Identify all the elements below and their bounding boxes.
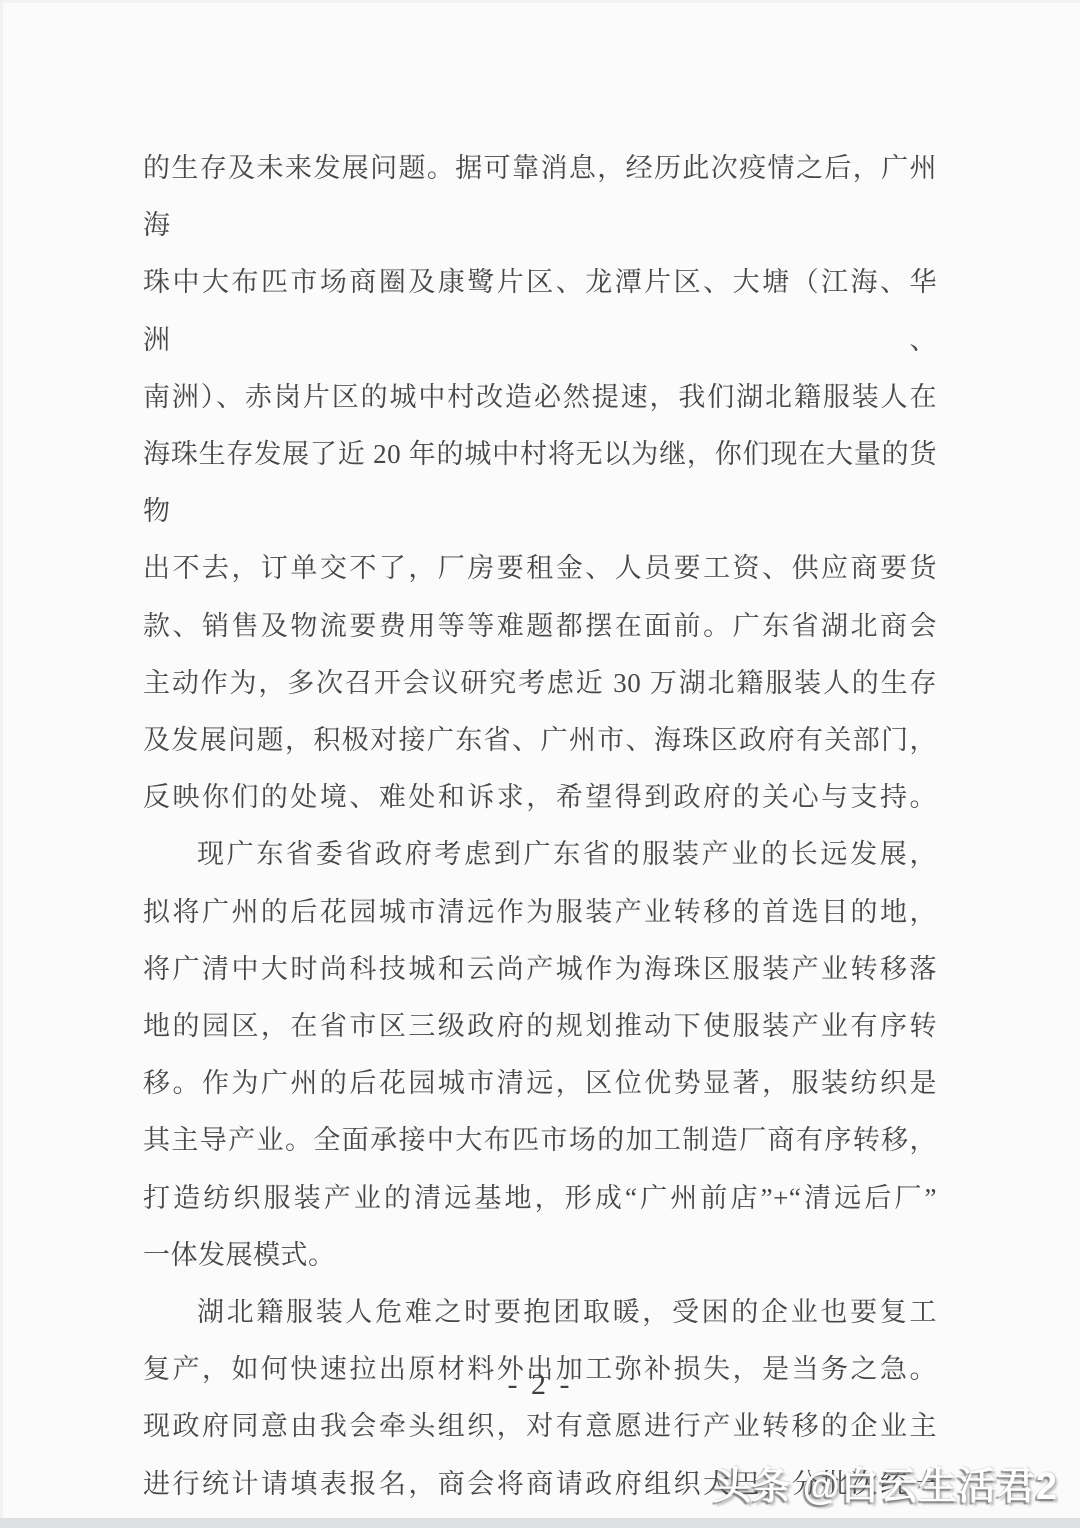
body-line: 出不去，订单交不了，厂房要租金、人员要工资、供应商要货	[143, 540, 937, 597]
body-line: 海珠生存发展了近 20 年的城中村将无以为继，你们现在大量的货物	[143, 426, 937, 540]
body-line-paragraph-start: 湖北籍服装人危难之时要抱团取暖，受困的企业也要复工	[143, 1284, 937, 1341]
body-line: 现政府同意由我会牵头组织，对有意愿进行产业转移的企业主	[143, 1398, 937, 1455]
body-line: 珠中大布匹市场商圈及康鹭片区、龙潭片区、大塘（江海、华洲、	[143, 254, 937, 368]
document-body: 的生存及未来发展问题。据可靠消息，经历此次疫情之后，广州海 珠中大布匹市场商圈及…	[143, 140, 937, 1513]
page-bottom-edge	[0, 1518, 1080, 1528]
body-line: 其主导产业。全面承接中大布匹市场的加工制造厂商有序转移，	[143, 1112, 937, 1169]
page-top-edge	[0, 0, 1080, 3]
body-line: 移。作为广州的后花园城市清远，区位优势显著，服装纺织是	[143, 1055, 937, 1112]
page-number: - 2 -	[0, 1368, 1080, 1402]
watermark-label: 头条 @白云生活君2	[713, 1466, 1058, 1508]
body-line-paragraph-end: 一体发展模式。	[143, 1227, 937, 1284]
body-line: 的生存及未来发展问题。据可靠消息，经历此次疫情之后，广州海	[143, 140, 937, 254]
document-page: 的生存及未来发展问题。据可靠消息，经历此次疫情之后，广州海 珠中大布匹市场商圈及…	[0, 0, 1080, 1528]
body-line: 及发展问题，积极对接广东省、广州市、海珠区政府有关部门，	[143, 712, 937, 769]
body-line: 南洲）、赤岗片区的城中村改造必然提速，我们湖北籍服装人在	[143, 369, 937, 426]
page-left-edge	[0, 0, 3, 1528]
body-line: 将广清中大时尚科技城和云尚产城作为海珠区服装产业转移落	[143, 941, 937, 998]
body-line: 拟将广州的后花园城市清远作为服装产业转移的首选目的地，	[143, 884, 937, 941]
body-line: 款、销售及物流要费用等等难题都摆在面前。广东省湖北商会	[143, 598, 937, 655]
body-line: 打造纺织服装产业的清远基地，形成“广州前店”+“清远后厂”	[143, 1170, 937, 1227]
body-line: 地的园区，在省市区三级政府的规划推动下使服装产业有序转	[143, 998, 937, 1055]
body-line: 主动作为，多次召开会议研究考虑近 30 万湖北籍服装人的生存	[143, 655, 937, 712]
body-line: 反映你们的处境、难处和诉求，希望得到政府的关心与支持。	[143, 769, 937, 826]
body-line-paragraph-start: 现广东省委省政府考虑到广东省的服装产业的长远发展，	[143, 826, 937, 883]
